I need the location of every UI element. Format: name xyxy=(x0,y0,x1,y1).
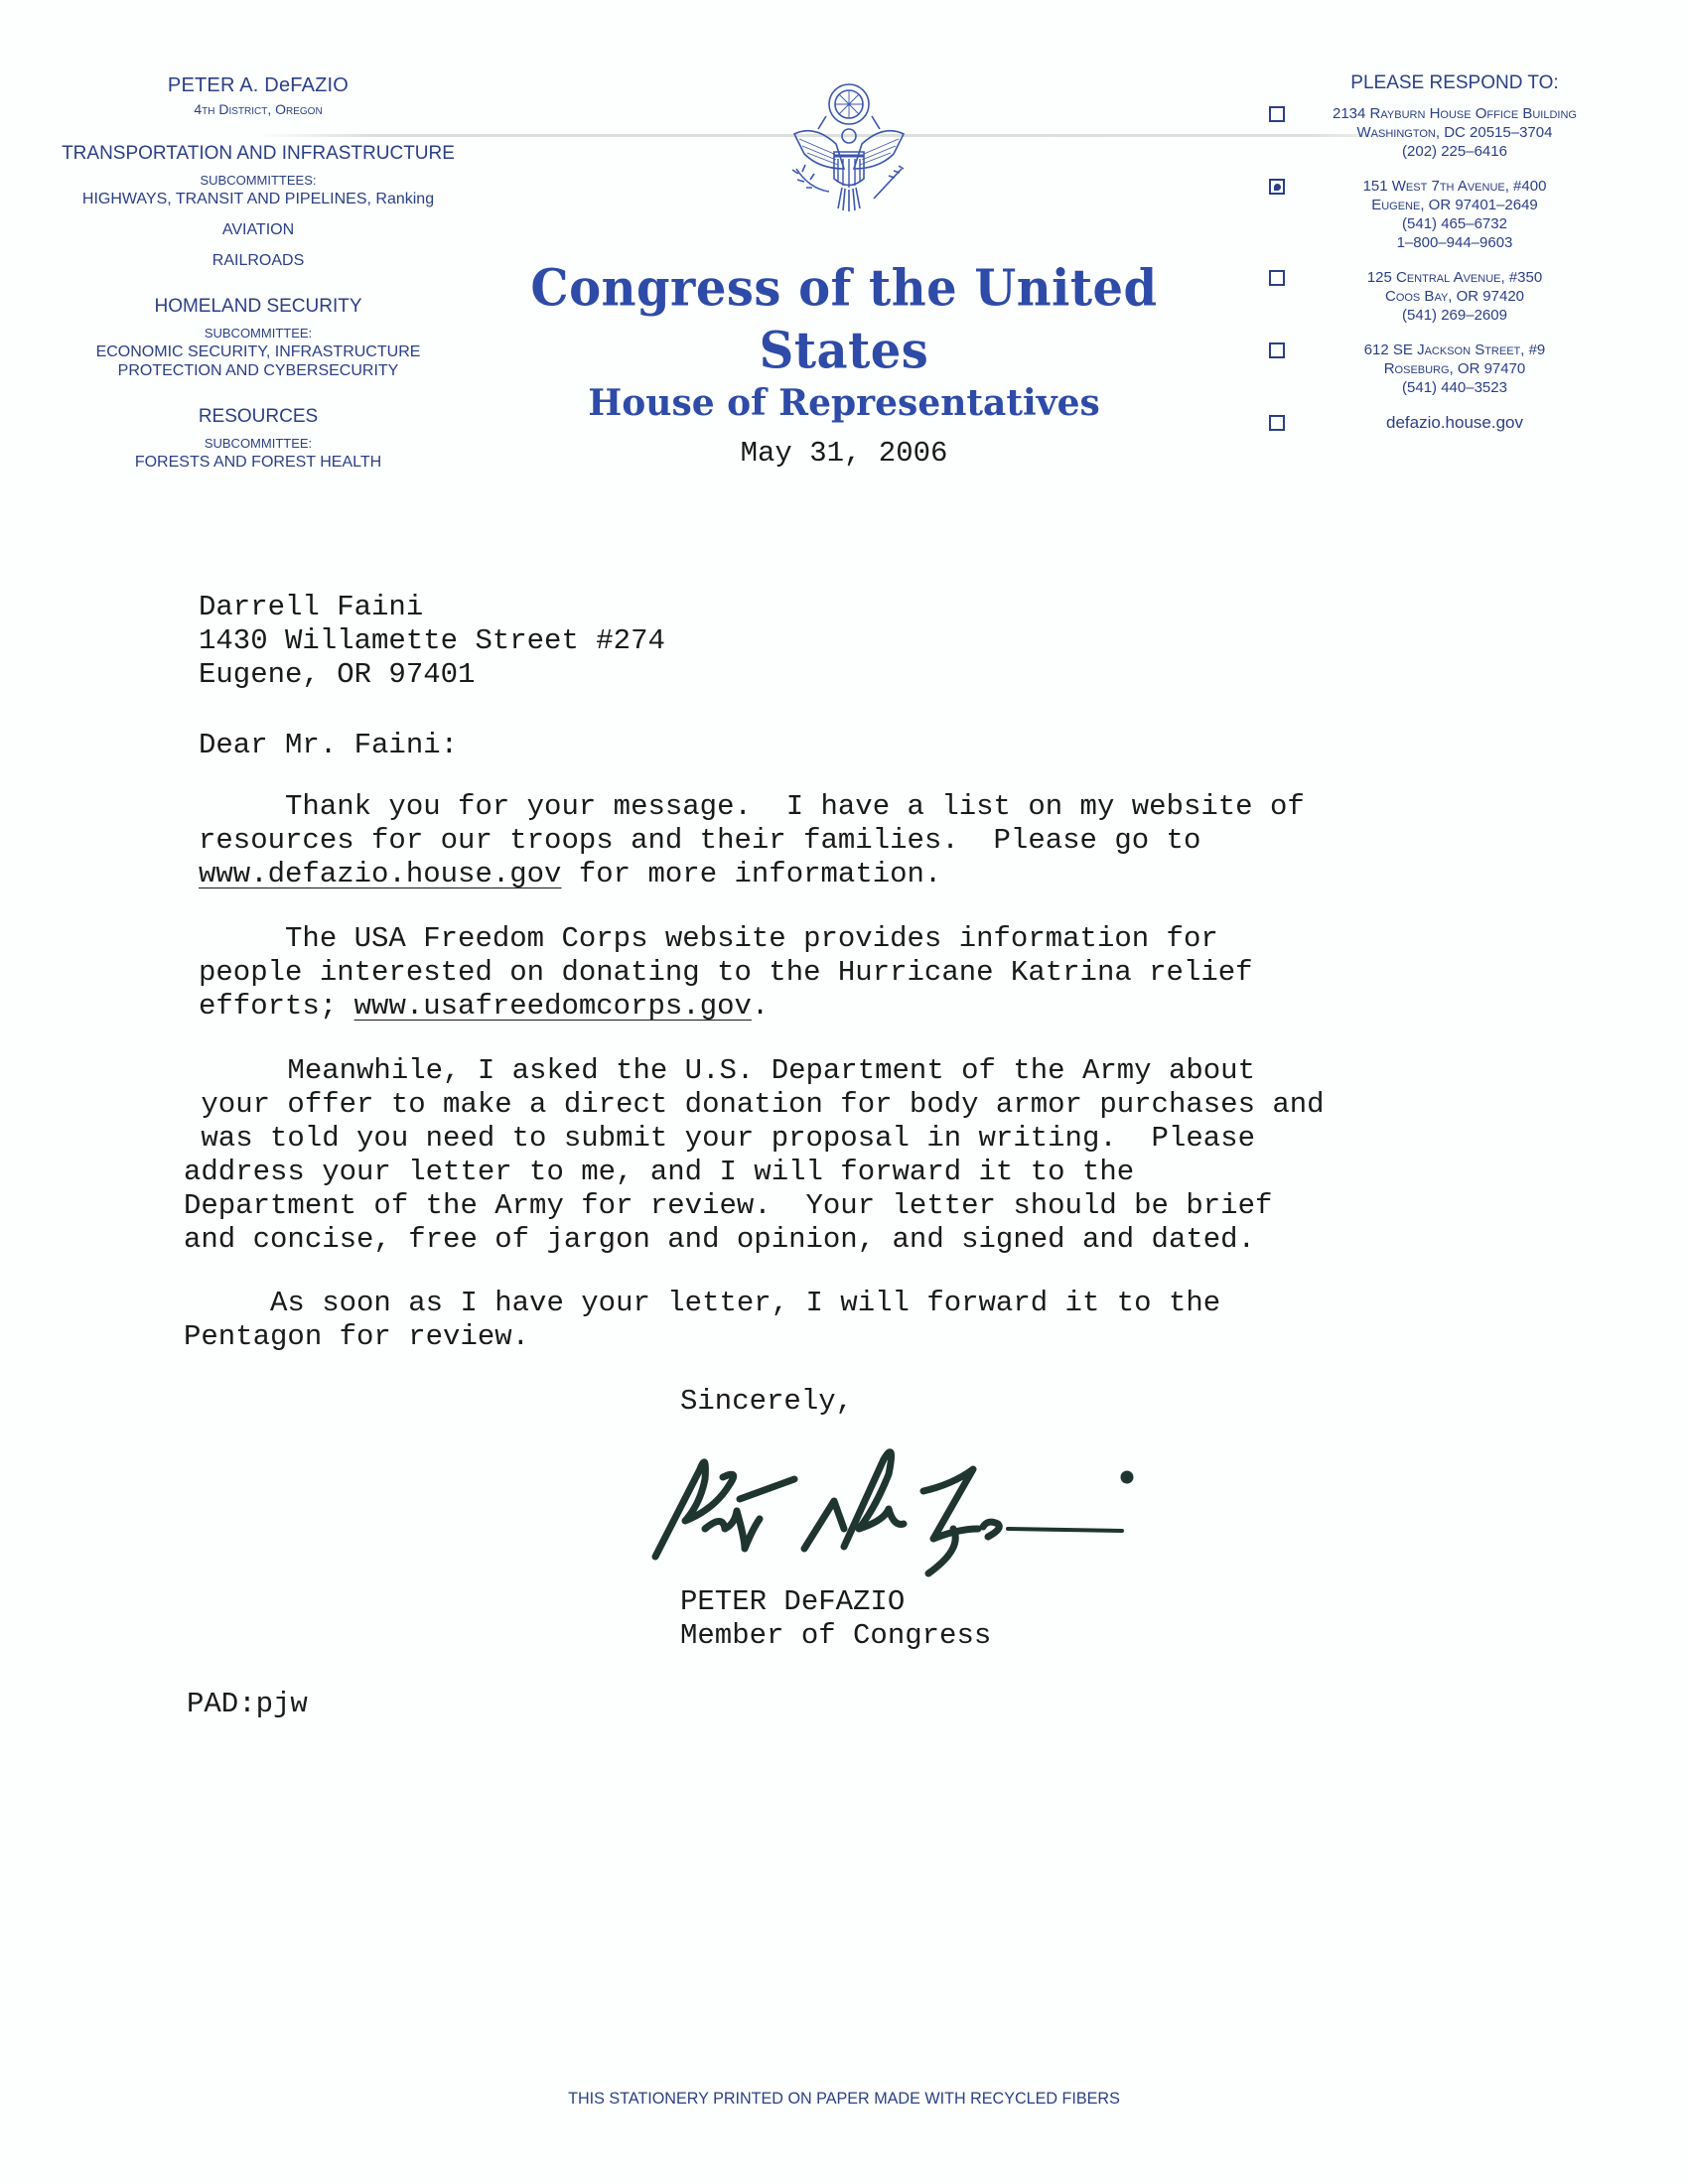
paragraph-line: Pentagon for review. xyxy=(184,1320,1220,1354)
subcommittee-label: SUBCOMMITTEE: xyxy=(60,436,457,451)
office-address-line: Eugene, OR 97401–2649 xyxy=(1281,196,1628,214)
committee-homeland-security: HOMELAND SECURITY SUBCOMMITTEE: ECONOMIC… xyxy=(60,296,457,380)
signer-name: PETER DeFAZIO xyxy=(680,1585,991,1619)
subcommittee-item: HIGHWAYS, TRANSIT AND PIPELINES, Ranking xyxy=(60,190,457,208)
salutation: Dear Mr. Faini: xyxy=(199,729,458,762)
office-address-line: Coos Bay, OR 97420 xyxy=(1281,287,1628,306)
paragraph-line: your offer to make a direct donation for… xyxy=(184,1088,1325,1122)
paragraph-line: As soon as I have your letter, I will fo… xyxy=(184,1287,1220,1320)
paragraph-line: efforts; www.usafreedomcorps.gov. xyxy=(199,990,1253,1024)
office-phone: (541) 269–2609 xyxy=(1281,306,1628,325)
office-address-line: Washington, DC 20515–3704 xyxy=(1281,123,1628,142)
checkbox-icon xyxy=(1269,270,1285,286)
committee-name: HOMELAND SECURITY xyxy=(60,296,457,318)
paragraph-line: Thank you for your message. I have a lis… xyxy=(199,790,1305,824)
paragraph-text: efforts; xyxy=(199,990,354,1023)
committee-resources: RESOURCES SUBCOMMITTEE: FORESTS AND FORE… xyxy=(60,406,457,472)
paragraph-line: resources for our troops and their famil… xyxy=(199,824,1305,858)
subcommittee-item: ECONOMIC SECURITY, INFRASTRUCTURE PROTEC… xyxy=(60,342,457,380)
office-coos-bay: 125 Central Avenue, #350 Coos Bay, OR 97… xyxy=(1251,268,1628,325)
office-address-line: Roseburg, OR 97470 xyxy=(1281,359,1628,378)
closing: Sincerely, xyxy=(680,1385,853,1419)
office-phone: (202) 225–6416 xyxy=(1281,142,1628,161)
paragraph-line: address your letter to me, and I will fo… xyxy=(184,1156,1325,1189)
committee-name: TRANSPORTATION AND INFRASTRUCTURE xyxy=(60,143,457,165)
defazio-website-link[interactable]: www.defazio.house.gov xyxy=(199,858,561,890)
paragraph-2: The USA Freedom Corps website provides i… xyxy=(199,922,1253,1024)
paragraph-line: and concise, free of jargon and opinion,… xyxy=(184,1223,1325,1257)
respond-to-title: PLEASE RESPOND TO: xyxy=(1251,72,1628,94)
office-address-line: 612 SE Jackson Street, #9 xyxy=(1281,341,1628,359)
paragraph-4: As soon as I have your letter, I will fo… xyxy=(184,1287,1220,1354)
handwritten-signature-icon xyxy=(645,1430,1162,1578)
office-address-line: 125 Central Avenue, #350 xyxy=(1281,268,1628,287)
letterhead-title: Congress of the United States xyxy=(477,257,1211,382)
paragraph-1: Thank you for your message. I have a lis… xyxy=(199,790,1305,891)
letter-date: May 31, 2006 xyxy=(477,437,1211,470)
recipient-address: Darrell Faini1430 Willamette Street #274… xyxy=(199,591,665,692)
usafreedomcorps-link[interactable]: www.usafreedomcorps.gov xyxy=(354,990,752,1023)
checkbox-icon xyxy=(1269,415,1285,431)
paragraph-text: for more information. xyxy=(561,858,941,890)
subcommittee-item: FORESTS AND FOREST HEALTH xyxy=(60,453,457,472)
great-seal-eagle-icon xyxy=(774,74,923,223)
checkbox-icon xyxy=(1269,106,1285,122)
district: 4th District, Oregon xyxy=(60,101,457,117)
signer-block: PETER DeFAZIOMember of Congress xyxy=(680,1585,991,1653)
office-phone: (541) 465–6732 xyxy=(1281,214,1628,233)
signer-title: Member of Congress xyxy=(680,1619,991,1653)
subcommittee-item: AVIATION xyxy=(60,220,457,239)
subcommittee-label: SUBCOMMITTEE: xyxy=(60,326,457,341)
office-address-line: 151 West 7th Avenue, #400 xyxy=(1281,177,1628,196)
paragraph-line: was told you need to submit your proposa… xyxy=(184,1122,1325,1156)
recipient-name: Darrell Faini xyxy=(199,591,665,624)
office-address-line: 2134 Rayburn House Office Building xyxy=(1281,104,1628,123)
subcommittee-label: SUBCOMMITTEES: xyxy=(60,173,457,188)
subcommittee-item: RAILROADS xyxy=(60,251,457,270)
recipient-street: 1430 Willamette Street #274 xyxy=(199,624,665,658)
office-eugene: 151 West 7th Avenue, #400 Eugene, OR 974… xyxy=(1251,177,1628,252)
paragraph-line: The USA Freedom Corps website provides i… xyxy=(199,922,1253,956)
recipient-city: Eugene, OR 97401 xyxy=(199,658,665,692)
paragraph-line: www.defazio.house.gov for more informati… xyxy=(199,858,1305,891)
letterhead-subtitle: House of Representatives xyxy=(477,381,1211,425)
office-washington: 2134 Rayburn House Office Building Washi… xyxy=(1251,104,1628,161)
website-text: defazio.house.gov xyxy=(1281,413,1628,432)
respond-to-column: PLEASE RESPOND TO: 2134 Rayburn House Of… xyxy=(1251,72,1628,448)
checkbox-icon xyxy=(1269,342,1285,358)
office-phone: 1–800–944–9603 xyxy=(1281,233,1628,252)
office-roseburg: 612 SE Jackson Street, #9 Roseburg, OR 9… xyxy=(1251,341,1628,397)
office-website: defazio.house.gov xyxy=(1251,413,1628,432)
checked-checkbox-icon xyxy=(1269,179,1285,195)
paragraph-3: Meanwhile, I asked the U.S. Department o… xyxy=(184,1054,1325,1257)
paragraph-line: people interested on donating to the Hur… xyxy=(199,956,1253,990)
reference-initials: PAD:pjw xyxy=(187,1688,308,1721)
committee-transportation: TRANSPORTATION AND INFRASTRUCTURE SUBCOM… xyxy=(60,143,457,270)
paragraph-line: Meanwhile, I asked the U.S. Department o… xyxy=(184,1054,1325,1088)
paragraph-line: Department of the Army for review. Your … xyxy=(184,1189,1325,1223)
letterhead-title-block: Congress of the United States House of R… xyxy=(477,260,1211,470)
paragraph-text: . xyxy=(752,990,769,1023)
office-phone: (541) 440–3523 xyxy=(1281,378,1628,397)
recycled-paper-footer: THIS STATIONERY PRINTED ON PAPER MADE WI… xyxy=(43,2089,1646,2109)
member-name: PETER A. DeFAZIO xyxy=(60,74,457,97)
committee-name: RESOURCES xyxy=(60,406,457,428)
